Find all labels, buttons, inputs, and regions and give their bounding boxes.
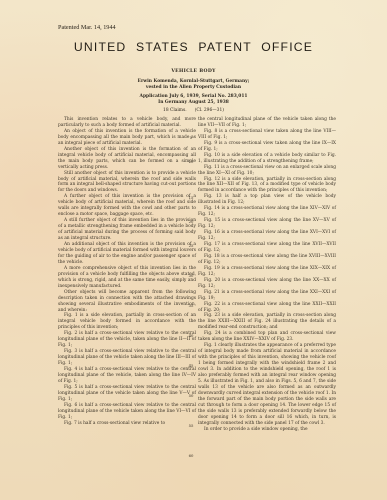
right-column: the central longitudinal plane of the ve… [198, 117, 336, 433]
paragraph: Fig. 2 is half a cross-sectional view re… [58, 331, 196, 349]
line-number: 40 [186, 333, 196, 338]
paragraph: Fig. 24 is a combined top plan and cross… [198, 331, 336, 343]
line-number: 10 [186, 159, 196, 164]
paragraph: Fig. 5 is half a cross-sectional view re… [58, 385, 196, 403]
paragraph: Fig. 15 is a cross-sectional view along … [198, 218, 336, 230]
paragraph: Fig. 12 is a side elevation, partially i… [198, 177, 336, 195]
paragraph: Fig. 19 is a cross-sectional view along … [198, 266, 336, 278]
line-number: 25 [186, 243, 196, 248]
paragraph: Fig. 3 is half a cross-sectional view re… [58, 349, 196, 367]
paragraph: Fig. 9 is a cross-sectional view taken a… [198, 141, 336, 153]
classification: (Cl. 296—31) [195, 108, 224, 113]
paragraph: Fig. 21 is a cross-sectional view along … [198, 290, 336, 302]
invention-title: VEHICLE BODY [0, 69, 387, 75]
paragraph: Fig. 16 is a cross-sectional view along … [198, 230, 336, 242]
line-number: 55 [186, 423, 196, 428]
paragraph: A further object of this invention is th… [58, 194, 196, 218]
paragraph: Fig. 1 clearly illustrates the appearanc… [198, 343, 336, 426]
line-number: 5 [186, 135, 196, 140]
paragraph: Fig. 13 is half a top plan view of the v… [198, 194, 336, 206]
line-number: 60 [186, 453, 196, 458]
paragraph: Fig. 4 is half a cross-sectional view re… [58, 367, 196, 385]
paragraph: the central longitudinal plane of the ve… [198, 117, 336, 129]
patent-office-heading: UNITED STATES PATENT OFFICE [0, 40, 387, 54]
line-number: 45 [186, 363, 196, 368]
patented-date: Patented Mar. 14, 1944 [58, 24, 116, 31]
paragraph: An object of this invention is the forma… [58, 129, 196, 147]
paragraph: Fig. 1 is a side elevation, partially in… [58, 313, 196, 331]
claims-count: 18 Claims. [163, 108, 187, 113]
paragraph: Fig. 6 is half a cross-sectional view re… [58, 403, 196, 421]
paragraph: Fig. 20 is a cross-sectional view along … [198, 278, 336, 290]
paragraph: Fig. 18 is a cross-sectional view along … [198, 254, 336, 266]
priority-line: In Germany August 25, 1938 [0, 100, 387, 106]
paragraph: Fig. 8 is a cross-sectional view taken a… [198, 129, 336, 141]
paragraph: In order to provide a side window openin… [198, 427, 336, 433]
paragraph: Another object of this invention is the … [58, 147, 196, 171]
paragraph: Fig. 17 is a cross-sectional view along … [198, 242, 336, 254]
line-number: 15 [186, 195, 196, 200]
paragraph: Other objects will become apparent from … [58, 290, 196, 314]
paragraph: Fig. 23 is a side elevation, partially i… [198, 313, 336, 331]
paragraph: Fig. 11 is a cross-sectional view on an … [198, 165, 336, 177]
paragraph: Fig. 22 is a cross-sectional view along … [198, 302, 336, 314]
claims-line: 18 Claims.(Cl. 296—31) [0, 108, 387, 114]
paragraph: Fig. 7 is half a cross-sectional view re… [58, 421, 196, 427]
line-number: 35 [186, 303, 196, 308]
paragraph: A still further object of this invention… [58, 218, 196, 242]
line-number: 20 [186, 219, 196, 224]
paragraph: Fig. 10 is a side elevation of a vehicle… [198, 153, 336, 165]
inventor-block: Erwin Komenda, Kornlal-Stuttgart, German… [0, 79, 387, 92]
left-column: This invention relates to a vehicle body… [58, 117, 196, 427]
paragraph: A more comprehensive object of this inve… [58, 266, 196, 290]
paragraph: Fig. 14 is a cross-sectional view along … [198, 206, 336, 218]
paragraph: This invention relates to a vehicle body… [58, 117, 196, 129]
line-number: 50 [186, 393, 196, 398]
vesting-line: vested in the Alien Property Custodian [0, 85, 387, 91]
line-number: 30 [186, 273, 196, 278]
paragraph: Still another object of this invention i… [58, 171, 196, 195]
paragraph: An additional object of this invention i… [58, 242, 196, 266]
patent-page: Patented Mar. 14, 1944 UNITED STATES PAT… [0, 0, 387, 500]
application-block: Application July 6, 1939, Serial No. 283… [0, 94, 387, 107]
